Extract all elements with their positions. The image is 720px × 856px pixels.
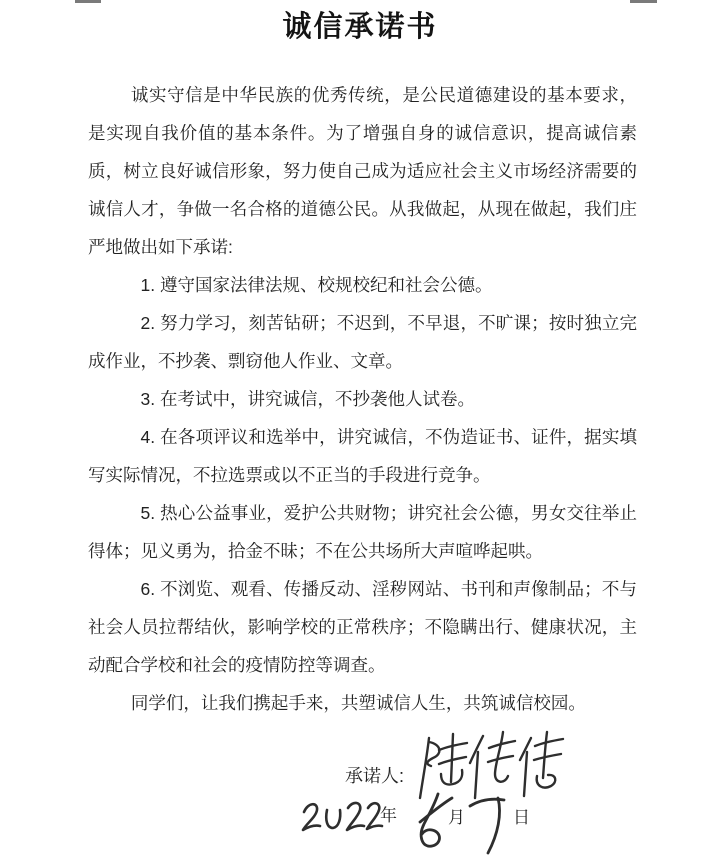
crop-mark-left-icon: [75, 0, 101, 3]
page-title: 诚信承诺书: [0, 4, 720, 45]
paragraph-intro: 诚实守信是中华民族的优秀传统，是公民道德建设的基本要求，是实现自我价值的基本条件…: [88, 76, 637, 266]
year-label: 年: [380, 801, 397, 826]
paragraph-closing: 同学们，让我们携起手来，共塑诚信人生，共筑诚信校园。: [88, 684, 637, 722]
month-label: 月: [448, 803, 465, 828]
list-item-2: 2. 努力学习，刻苦钻研；不迟到，不早退，不旷课；按时独立完成作业，不抄袭、剽窃…: [88, 304, 637, 380]
list-item-5: 5. 热心公益事业，爱护公共财物；讲究社会公德，男女交往举止得体；见义勇为，拾金…: [88, 494, 637, 570]
handwritten-day: [468, 796, 508, 854]
crop-mark-right-icon: [630, 0, 657, 3]
list-item-1: 1. 遵守国家法律法规、校规校纪和社会公德。: [88, 266, 637, 304]
list-item-6: 6. 不浏览、观看、传播反动、淫秽网站、书刊和声像制品；不与社会人员拉帮结伙，影…: [88, 570, 637, 684]
day-label: 日: [513, 803, 530, 828]
letter-body: 诚实守信是中华民族的优秀传统，是公民道德建设的基本要求，是实现自我价值的基本条件…: [88, 76, 637, 722]
handwritten-year: [300, 800, 382, 836]
list-item-3: 3. 在考试中，讲究诚信，不抄袭他人试卷。: [88, 380, 637, 418]
list-item-4: 4. 在各项评议和选举中，讲究诚信，不伪造证书、证件，据实填写实际情况，不拉选票…: [88, 418, 637, 494]
signer-label: 承诺人:: [345, 762, 404, 788]
commitment-letter-page: 诚信承诺书 诚实守信是中华民族的优秀传统，是公民道德建设的基本要求，是实现自我价…: [0, 0, 720, 856]
